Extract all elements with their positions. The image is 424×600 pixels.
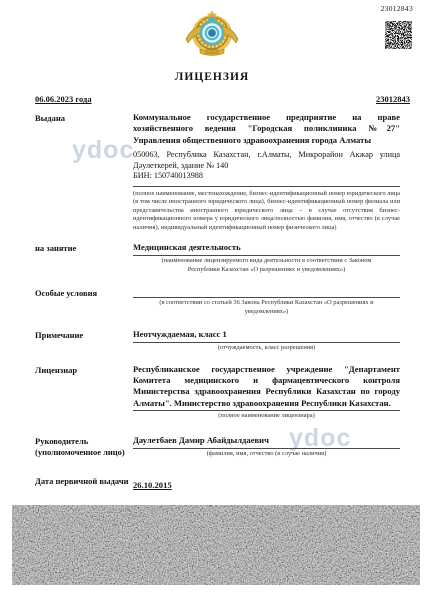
issue-date: 06.06.2023 года	[35, 94, 92, 104]
rule	[133, 186, 400, 187]
field-remark-note: (отчуждаемость, класс разрешения)	[133, 344, 400, 353]
field-head-value: Даулетбаев Дамир Абайдылдаевич	[133, 435, 400, 446]
field-issued-value: Коммунальное государственное предприятие…	[133, 112, 400, 146]
field-special-note: (в соответствии со статьей 36 Закона Рес…	[133, 299, 400, 316]
field-special-label: Особые условия	[35, 287, 133, 299]
field-activity-label: на занятие	[35, 242, 133, 254]
barcode-block	[344, 505, 420, 585]
field-issued-address: 050063, Республика Казахстан, г.Алматы, …	[133, 150, 400, 171]
field-remark-value: Неотчуждаемая, класс 1	[133, 329, 400, 340]
barcode-strip	[12, 505, 420, 585]
field-licensor: Лицензиар Республиканское государственно…	[35, 364, 400, 421]
field-first-issue: Дата первичной выдачи 26.10.2015	[35, 475, 400, 493]
field-issued: Выдана Коммунальное государственное пред…	[35, 112, 400, 233]
rule	[133, 255, 400, 256]
field-head-label: Руководитель (уполномоченное лицо)	[35, 435, 133, 458]
field-first-issue-label: Дата первичной выдачи	[35, 475, 133, 487]
qr-code-icon	[385, 21, 412, 49]
kazakhstan-coat-of-arms-icon	[184, 9, 240, 59]
field-issued-label: Выдана	[35, 112, 133, 124]
field-special-conditions: Особые условия (в соответствии со статье…	[35, 287, 400, 316]
document-body: Выдана Коммунальное государственное пред…	[35, 112, 400, 550]
license-number: 23012843	[376, 94, 410, 104]
document-title: ЛИЦЕНЗИЯ	[0, 71, 424, 83]
date-number-row: 06.06.2023 года 23012843	[35, 94, 410, 104]
field-activity: на занятие Медицинская деятельность (наи…	[35, 242, 400, 275]
field-head-label-line2: (уполномоченное лицо)	[35, 447, 133, 458]
field-licensor-value: Республиканское государственное учрежден…	[133, 364, 400, 409]
rule	[133, 342, 400, 343]
rule	[133, 448, 400, 449]
license-document: 23012843	[0, 0, 424, 600]
field-issued-note: (полное наименование, местонахождение, б…	[133, 190, 400, 233]
field-licensor-label: Лицензиар	[35, 364, 133, 376]
rule	[133, 410, 400, 411]
field-activity-value: Медицинская деятельность	[133, 242, 400, 253]
barcode-block	[95, 505, 171, 585]
rule	[133, 297, 400, 298]
serial-number-top: 23012843	[381, 4, 413, 13]
field-activity-note: (наименование лицензируемого вида деятел…	[133, 257, 400, 274]
barcode-block	[178, 505, 254, 585]
field-head-label-line1: Руководитель	[35, 436, 133, 447]
field-issued-bin: БИН: 150740013988	[133, 171, 400, 182]
field-licensor-note: (полное наименование лицензиара)	[133, 412, 400, 421]
field-first-issue-value: 26.10.2015	[133, 480, 172, 490]
field-remark-label: Примечание	[35, 329, 133, 341]
barcode-block	[261, 505, 337, 585]
barcode-block	[12, 505, 88, 585]
field-head-note: (фамилия, имя, отчество (в случае наличи…	[133, 450, 400, 459]
field-remark: Примечание Неотчуждаемая, класс 1 (отчуж…	[35, 329, 400, 353]
field-head: Руководитель (уполномоченное лицо) Дауле…	[35, 435, 400, 459]
